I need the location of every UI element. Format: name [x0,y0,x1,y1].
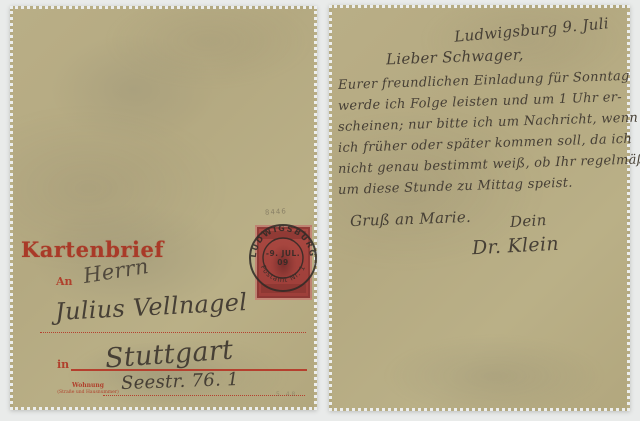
letter-dateline: Ludwigsburg 9. Juli [454,14,610,45]
pencil-note-bottom: 5 48 [276,391,297,398]
to-label: An [56,275,73,288]
pencil-note-top: 8446 [265,207,287,217]
letter-valediction: Dein [510,211,547,231]
street-dotted-line [103,395,305,396]
letter-line: scheinen; nur bitte ich um Nachricht, we… [338,111,639,135]
letter-line: ich früher oder später kommen soll, da i… [338,132,633,156]
recipient-street: Seestr. 76. 1 [121,369,240,394]
letter-page: Ludwigsburg 9. Juli Lieber Schwager, Eur… [329,5,630,411]
ludwigsburg-postmark: LUDWIGSBURG Postamt Nr. 1 -9. JUL. 09 [245,220,321,296]
ink-smudge [43,29,223,149]
postmark-year: 09 [277,258,288,267]
letter-salutation: Lieber Schwager, [386,46,524,69]
letter-line: nicht genau bestimmt weiß, ob Ihr regelm… [338,152,640,177]
recipient-name: Julius Vellnagel [54,288,248,326]
kartenbrief-front: 8446 Kartenbrief LUDWIGSBURG Postamt Nr.… [10,6,317,410]
letter-signature: Dr. Klein [471,233,559,260]
photo-background: 8446 Kartenbrief LUDWIGSBURG Postamt Nr.… [0,0,640,421]
letter-line: werde ich Folge leisten und um 1 Uhr er- [338,90,622,114]
wohnung-footnote: Wohnung (Straße und Hausnummer) [55,382,121,395]
wohnung-footnote-line1: Wohnung [55,382,121,390]
letter-line: um diese Stunde zu Mittag speist. [338,176,573,198]
letter-greeting: Gruß an Marie. [350,208,472,230]
postmark-date: -9. JUL. [266,249,300,258]
address-dotted-line [40,332,306,333]
letter-line: Eurer freundlichen Einladung für Sonntag [338,69,630,93]
in-label: in [57,358,69,371]
